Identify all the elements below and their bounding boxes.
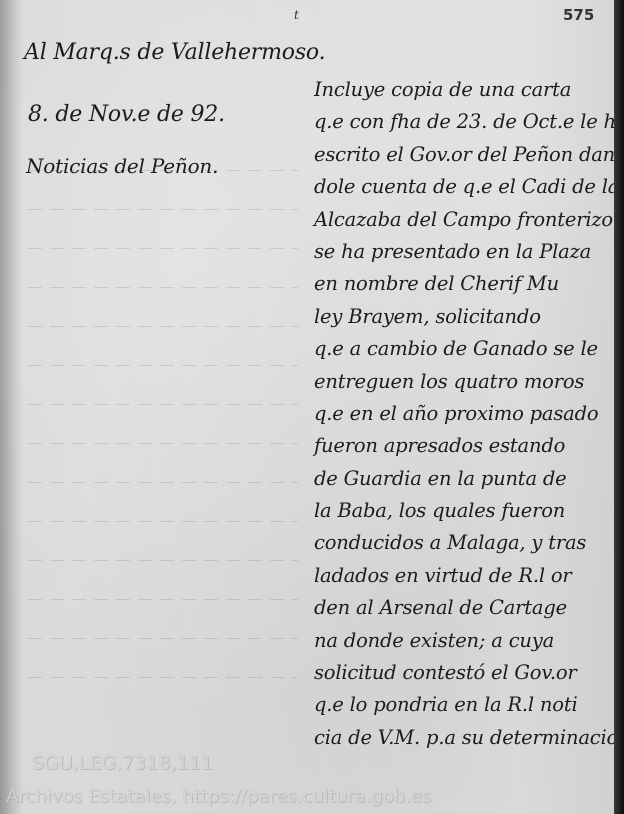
archive-credit-watermark: Archivos Estatales, https://pares.cultur… <box>6 786 431 807</box>
body-line: ladados en virtud de R.l or <box>314 560 614 592</box>
folio-number: 575 <box>563 6 594 24</box>
bleed-line <box>28 248 298 249</box>
page-edge <box>614 0 624 814</box>
bleed-line <box>28 209 298 210</box>
bleed-line <box>28 287 298 288</box>
bleed-line <box>28 638 298 639</box>
bleed-line <box>28 521 298 522</box>
body-line: q.e a cambio de Ganado se le <box>314 333 614 365</box>
body-line: de Guardia en la punta de <box>314 463 614 495</box>
body-line: se ha presentado en la Plaza <box>314 236 614 268</box>
addressee: Al Marq.s de Vallehermoso. <box>24 40 325 65</box>
bleed-line <box>28 677 298 678</box>
body-line: en nombre del Cherif Mu <box>314 268 614 300</box>
binding-shadow <box>0 0 22 814</box>
bleed-line <box>28 326 298 327</box>
manuscript-page: 575 t Al Marq.s de Vallehermoso. 8. de N… <box>0 0 614 814</box>
body-line: la Baba, los quales fueron <box>314 495 614 527</box>
body-line: escrito el Gov.or del Peñon dan <box>314 139 614 171</box>
body-line: fueron apresados estando <box>314 430 614 462</box>
body-line: dole cuenta de q.e el Cadi de la <box>314 171 614 203</box>
body-line: na donde existen; a cuya <box>314 625 614 657</box>
body-line: ley Brayem, solicitando <box>314 301 614 333</box>
body-line: entreguen los quatro moros <box>314 366 614 398</box>
body-line: solicitud contestó el Gov.or <box>314 657 614 689</box>
body-line: cia de V.M. p.a su determinacion. <box>314 722 614 754</box>
body-line: Incluye copia de una carta <box>314 74 614 106</box>
date: 8. de Nov.e de 92. <box>28 102 225 127</box>
body-line: q.e lo pondria en la R.l noti <box>314 689 614 721</box>
body-line: den al Arsenal de Cartage <box>314 592 614 624</box>
bleed-line <box>28 365 298 366</box>
body-line: q.e en el año proximo pasado <box>314 398 614 430</box>
bleed-line <box>28 404 298 405</box>
ink-bleed-through <box>28 170 298 730</box>
bleed-line <box>28 560 298 561</box>
bleed-line <box>28 599 298 600</box>
body-line: conducidos a Malaga, y tras <box>314 527 614 559</box>
bleed-line <box>28 482 298 483</box>
archive-reference-watermark: SGU,LEG,7318,111 <box>32 752 213 774</box>
bleed-line <box>28 443 298 444</box>
body-line: Alcazaba del Campo fronterizo <box>314 204 614 236</box>
corner-mark: t <box>294 8 299 22</box>
subject: Noticias del Peñon. <box>26 154 218 178</box>
letter-body: Incluye copia de una carta q.e con fha d… <box>314 74 614 754</box>
body-line: q.e con fha de 23. de Oct.e le ha <box>314 106 614 138</box>
